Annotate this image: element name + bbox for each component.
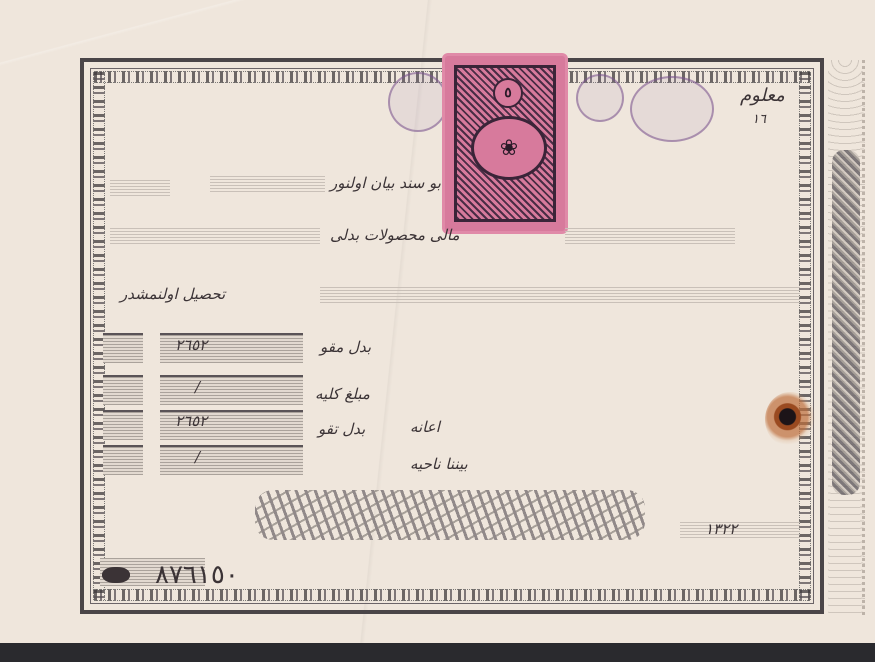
ink-seal-left bbox=[388, 72, 448, 132]
table-amount: / bbox=[195, 448, 201, 466]
counterfoil-calligraphic-seal bbox=[832, 150, 860, 495]
table-cell-small bbox=[103, 445, 143, 475]
burn-hole bbox=[765, 392, 815, 447]
stamp-frame: ٥ ❀ bbox=[454, 65, 556, 222]
table-amount: ٢٦٥٢ bbox=[175, 412, 207, 430]
table-amount: ٢٦٥٢ bbox=[175, 336, 207, 354]
serial-number: ٨٧٦١٥٠ bbox=[155, 560, 239, 590]
table-label: ﺍﻋﺎﻧﻪ bbox=[410, 418, 440, 436]
table-label: ﻣﺒﻠﻎ ﻛﻠﻴﻪ bbox=[315, 385, 370, 403]
bottom-note: ﺑﻴﻨﻨﺎ ﻧﺎﺣﻴﻪ bbox=[410, 455, 468, 473]
fill-line bbox=[320, 287, 800, 305]
ink-seal-right bbox=[630, 76, 714, 142]
fill-line bbox=[210, 176, 325, 194]
table-label: ﺑﺪﻝ ﺗﻘﻮ bbox=[318, 420, 365, 438]
table-amount: / bbox=[195, 378, 201, 396]
tughra-emblem-icon: ❀ bbox=[471, 116, 547, 180]
stamp-value-numeral: ٥ bbox=[493, 78, 523, 108]
serial-blot bbox=[102, 567, 130, 583]
fill-line bbox=[680, 522, 800, 540]
fill-line bbox=[110, 228, 320, 246]
year-text: ١٣٢٢ bbox=[705, 520, 737, 538]
table-cell-amount bbox=[160, 445, 303, 475]
table-cell-small bbox=[103, 333, 143, 363]
table-cell-small bbox=[103, 375, 143, 405]
handwritten-line-3: ﺗﺤﺼﻴﻞ ﺍﻭﻟﻨﻤﺸﺪﺭ bbox=[120, 285, 225, 303]
table-cell-small bbox=[103, 410, 143, 440]
ornament-bottom bbox=[94, 589, 810, 601]
fill-line bbox=[565, 228, 735, 246]
fill-line bbox=[110, 180, 170, 198]
table-label: ﺑﺪﻝ ﻣﻘﻮ bbox=[320, 338, 371, 356]
calligraphic-official-seal bbox=[255, 490, 645, 540]
handwritten-line-1: ﺑﻮ ﺳﻨﺪ ﺑﻴﺎﻥ ﺍﻭﻟﻨﻮﺭ bbox=[330, 174, 441, 192]
signature-number: ١٦ bbox=[752, 112, 766, 127]
table-cell-amount bbox=[160, 375, 303, 405]
handwritten-line-2: ﻣﺎﻟﯽ ﻣﺤﺼﻮﻻﺕ ﺑﺪﻟﯽ bbox=[330, 226, 460, 244]
revenue-stamp: ٥ ❀ bbox=[445, 56, 565, 231]
signature: ﻣﻌﻠﻮﻡ bbox=[740, 85, 785, 106]
ink-seal-center bbox=[576, 74, 624, 122]
ornament-right bbox=[799, 72, 811, 600]
